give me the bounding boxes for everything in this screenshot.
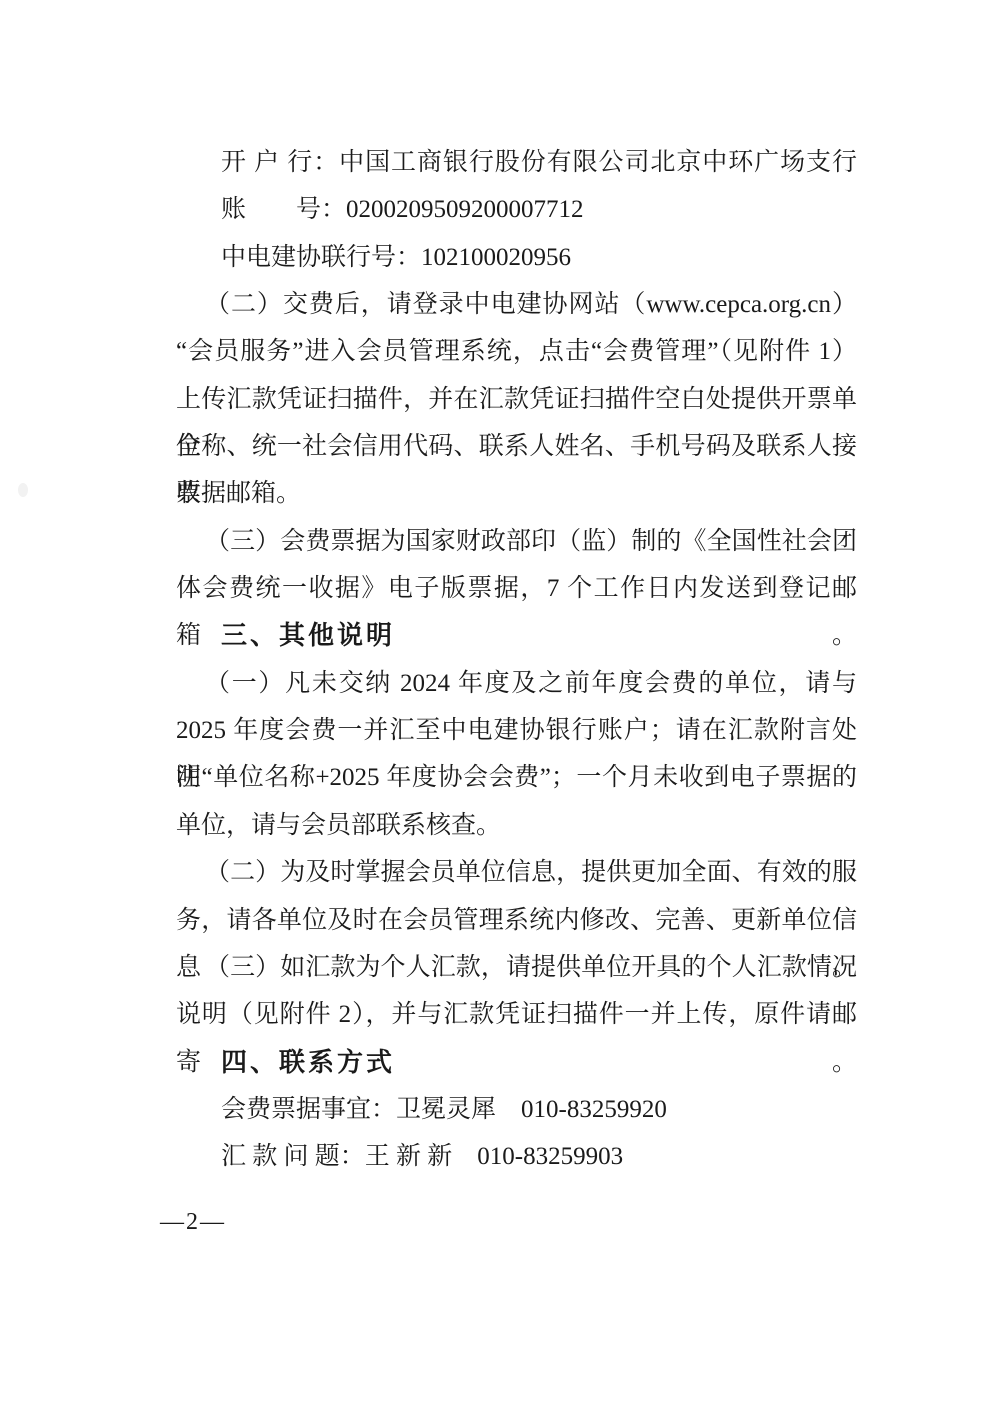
note-1-line-3: 明“单位名称+2025 年度协会会费”；一个月未收到电子票据的 xyxy=(176,754,857,801)
note-3-line-2: 说明（见附件 2），并与汇款凭证扫描件一并上传，原件请邮寄。 xyxy=(176,991,857,1038)
bank-account-line: 开 户 行：中国工商银行股份有限公司北京中环广场支行 xyxy=(176,139,857,186)
paragraph-2-line-1: （二）交费后，请登录中电建协网站（www.cepca.org.cn） xyxy=(176,281,857,328)
paragraph-3-line-1: （三）会费票据为国家财政部印（监）制的《全国性社会团 xyxy=(176,518,857,565)
paragraph-3-line-2: 体会费统一收据》电子版票据，7 个工作日内发送到登记邮箱。 xyxy=(176,565,857,612)
contact-invoice-line: 会费票据事宜：卫冕灵犀 010-83259920 xyxy=(176,1086,857,1133)
note-1-line-1: （一）凡未交纳 2024 年度及之前年度会费的单位，请与 xyxy=(176,660,857,707)
account-number-line: 账 号：0200209509200007712 xyxy=(176,186,857,233)
paragraph-2-line-2: “会员服务”进入会员管理系统，点击“会费管理”（见附件 1） xyxy=(176,328,857,375)
cnaps-number-line: 中电建协联行号：102100020956 xyxy=(176,234,857,281)
paragraph-2-line-3: 上传汇款凭证扫描件，并在汇款凭证扫描件空白处提供开票单位 xyxy=(176,376,857,423)
paragraph-2-line-4: 全称、统一社会信用代码、联系人姓名、手机号码及联系人接收 xyxy=(176,423,857,470)
page-number: —2— xyxy=(160,1207,226,1237)
contact-remittance-line: 汇 款 问 题：王 新 新 010-83259903 xyxy=(176,1133,857,1180)
document-text-block: 开 户 行：中国工商银行股份有限公司北京中环广场支行 账 号：020020950… xyxy=(176,139,857,1181)
note-2-line-1: （二）为及时掌握会员单位信息，提供更加全面、有效的服 xyxy=(176,849,857,896)
paragraph-2-line-5: 票据邮箱。 xyxy=(176,470,857,517)
scan-artifact xyxy=(18,483,28,497)
document-page: 开 户 行：中国工商银行股份有限公司北京中环广场支行 账 号：020020950… xyxy=(0,0,992,1403)
note-1-line-4: 单位，请与会员部联系核查。 xyxy=(176,802,857,849)
note-1-line-2: 2025 年度会费一并汇至中电建协银行账户；请在汇款附言处注 xyxy=(176,707,857,754)
note-2-line-2: 务，请各单位及时在会员管理系统内修改、完善、更新单位信息。 xyxy=(176,897,857,944)
note-3-line-1: （三）如汇款为个人汇款，请提供单位开具的个人汇款情况 xyxy=(176,944,857,991)
